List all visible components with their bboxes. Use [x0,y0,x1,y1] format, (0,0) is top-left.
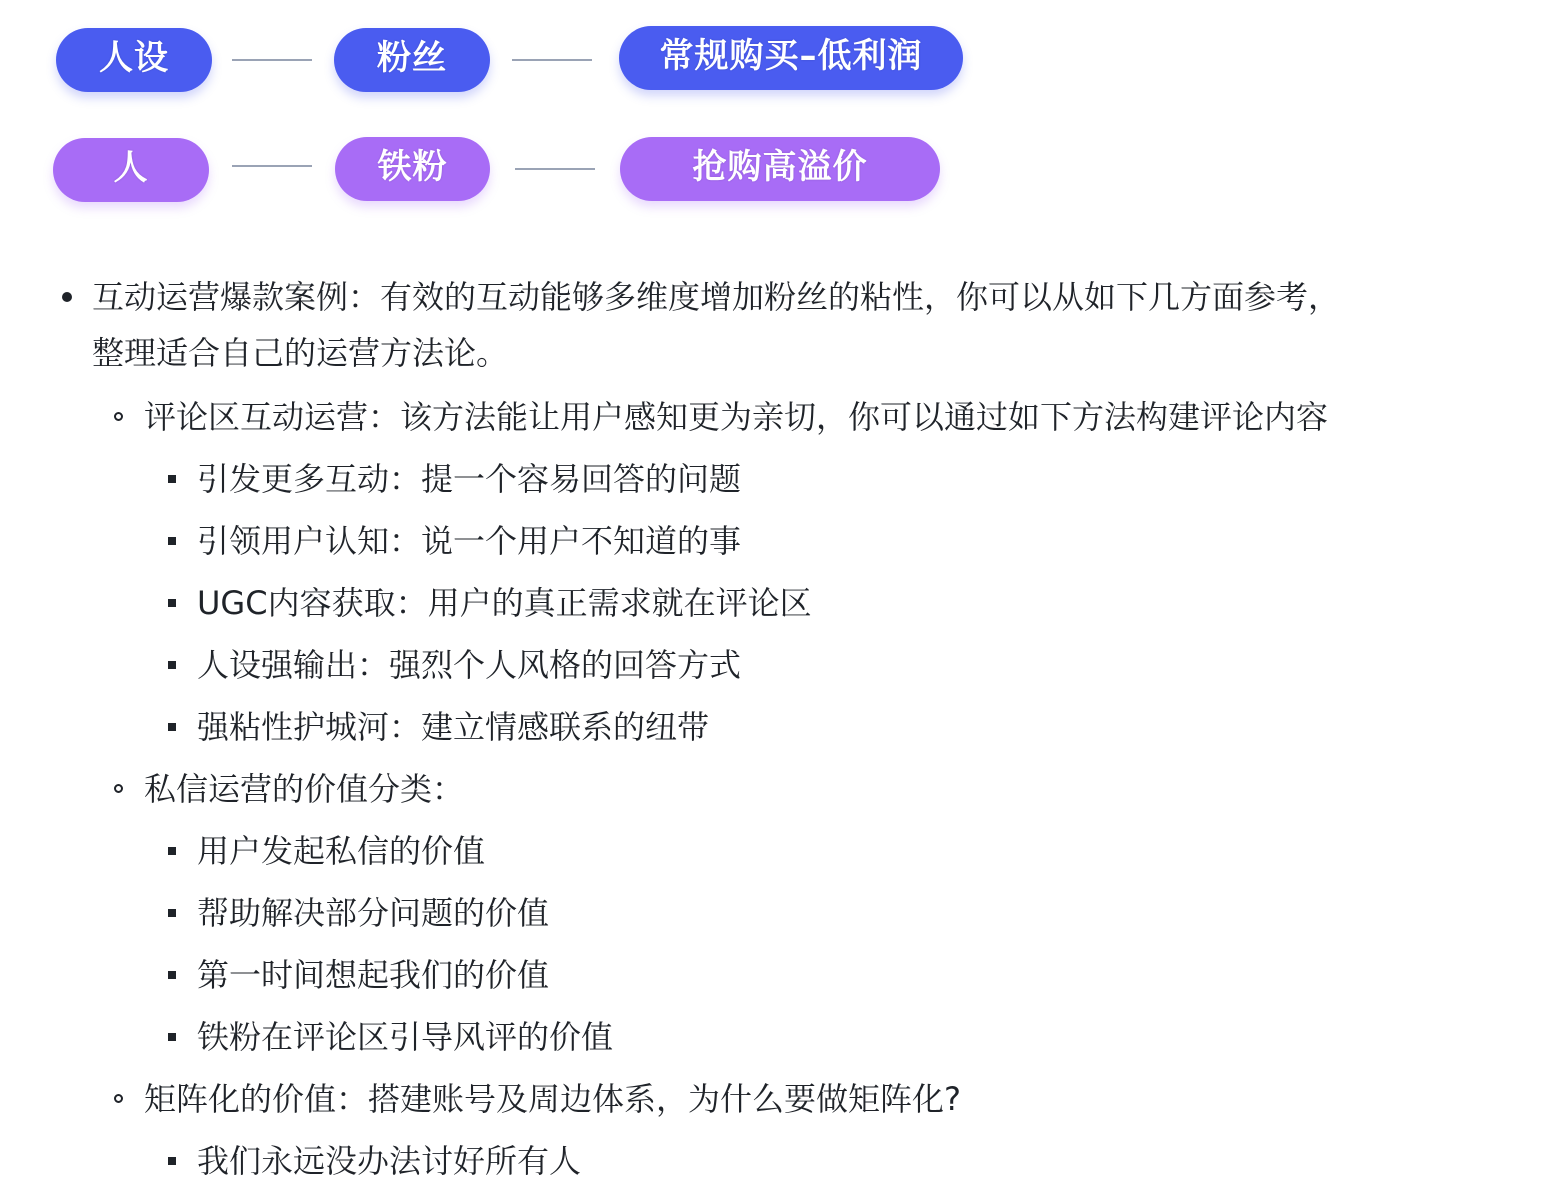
pill-premium-rush: 抢购高溢价 [620,137,940,201]
bullet-square-icon [168,475,176,483]
connector-line [515,168,595,170]
list-item-comment-ops: 评论区互动运营：该方法能让用户感知更为亲切，你可以通过如下方法构建评论内容 [144,397,1328,437]
pill-person: 人 [53,138,209,202]
list-item-matrix-value: 矩阵化的价值：搭建账号及周边体系，为什么要做矩阵化? [144,1079,961,1119]
list-item-interaction-ops: 互动运营爆款案例：有效的互动能够多维度增加粉丝的粘性，你可以从如下几方面参考， [92,277,1340,317]
list-item: 人设强输出：强烈个人风格的回答方式 [197,645,741,685]
bullet-square-icon [168,723,176,731]
pill-regular-purchase: 常规购买–低利润 [619,26,963,90]
list-item: 引领用户认知：说一个用户不知道的事 [197,521,741,561]
bullet-circle-icon [114,412,123,421]
connector-line [232,165,312,167]
bullet-disc-icon [62,292,72,302]
bullet-square-icon [168,971,176,979]
comparison-diagram: 人设 粉丝 常规购买–低利润 人 铁粉 抢购高溢价 [0,0,1000,230]
bullet-square-icon [168,1157,176,1165]
bullet-circle-icon [114,784,123,793]
pill-iron-fans: 铁粉 [335,137,490,201]
list-item: 帮助解决部分问题的价值 [197,893,549,933]
list-item: 我们永远没办法讨好所有人 [197,1141,581,1181]
list-item: 第一时间想起我们的价值 [197,955,549,995]
bullet-square-icon [168,847,176,855]
bullet-square-icon [168,537,176,545]
pill-persona: 人设 [56,28,212,92]
list-item-interaction-ops-cont: 整理适合自己的运营方法论。 [92,333,508,373]
bullet-square-icon [168,661,176,669]
bullet-square-icon [168,1033,176,1041]
pill-fans: 粉丝 [334,28,490,92]
list-item: 强粘性护城河：建立情感联系的纽带 [197,707,709,747]
bullet-square-icon [168,909,176,917]
list-item: 引发更多互动：提一个容易回答的问题 [197,459,741,499]
list-item: 铁粉在评论区引导风评的价值 [197,1017,613,1057]
bullet-square-icon [168,599,176,607]
connector-line [512,59,592,61]
connector-line [232,59,312,61]
list-item-private-message: 私信运营的价值分类： [144,769,464,809]
list-item: UGC内容获取：用户的真正需求就在评论区 [197,583,812,623]
bullet-circle-icon [114,1094,123,1103]
list-item: 用户发起私信的价值 [197,831,485,871]
